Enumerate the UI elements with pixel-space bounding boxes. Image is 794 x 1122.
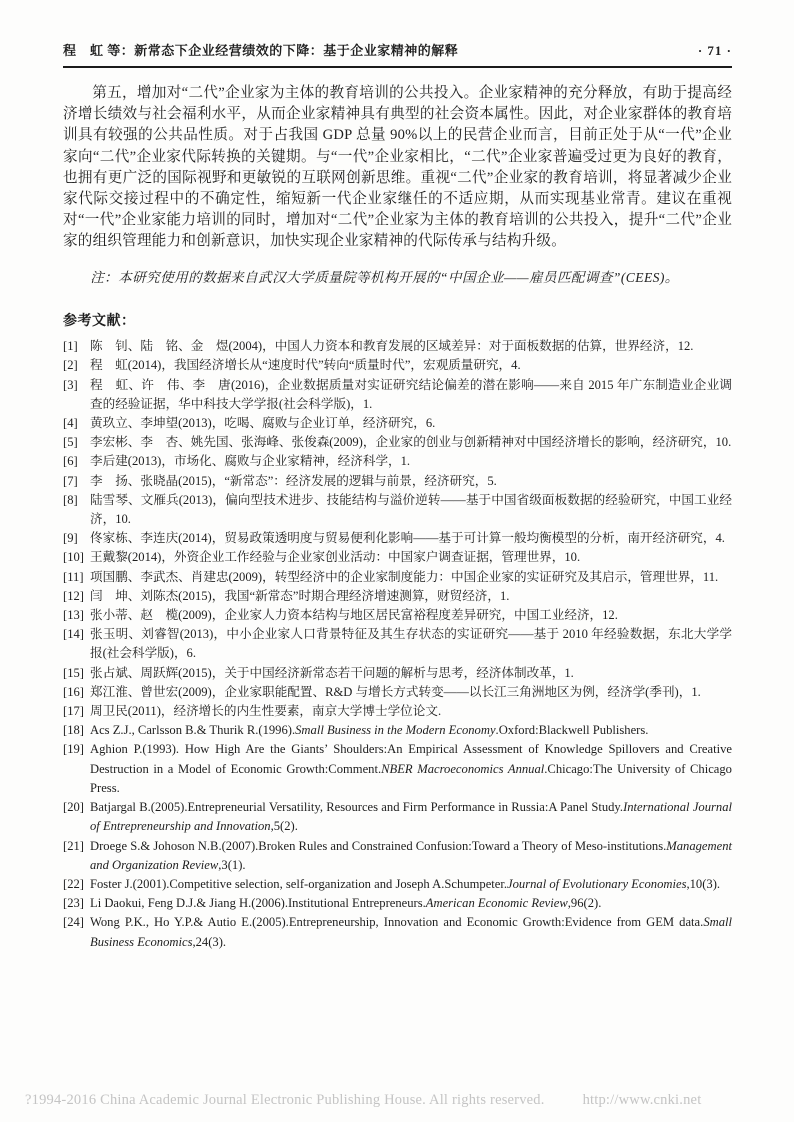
copyright-text: ?1994-2016 China Academic Journal Electr… [25, 1092, 545, 1109]
reference-item: [21]Droege S.& Johoson N.B.(2007).Broken… [63, 837, 732, 875]
reference-number: [23] [63, 894, 90, 913]
reference-text: Droege S.& Johoson N.B.(2007).Broken Rul… [90, 837, 732, 875]
reference-item: [15]张占斌、周跃辉(2015)，关于中国经济新常态若干问题的解析与思考，经济… [63, 664, 732, 683]
reference-text: 陆雪琴、文雁兵(2013)，偏向型技术进步、技能结构与溢价逆转——基于中国省级面… [90, 491, 732, 529]
reference-number: [13] [63, 606, 90, 625]
reference-number: [8] [63, 491, 90, 529]
reference-text: 闫 坤、刘陈杰(2015)，我国“新常态”时期合理经济增速测算，财贸经济，1. [90, 587, 732, 606]
reference-item: [4]黄玖立、李坤望(2013)，吃喝、腐败与企业订单，经济研究，6. [63, 414, 732, 433]
reference-item: [14]张玉明、刘睿智(2013)，中小企业家人口背景特征及其生存状态的实证研究… [63, 625, 732, 663]
reference-item: [7]李 扬、张晓晶(2015)，“新常态”：经济发展的逻辑与前景，经济研究，5… [63, 472, 732, 491]
reference-number: [12] [63, 587, 90, 606]
reference-number: [4] [63, 414, 90, 433]
reference-text: 佟家栋、李连庆(2014)，贸易政策透明度与贸易便利化影响——基于可计算一般均衡… [90, 529, 732, 548]
page-number: · 71 · [698, 43, 732, 59]
reference-item: [23]Li Daokui, Feng D.J.& Jiang H.(2006)… [63, 894, 732, 913]
reference-text: Li Daokui, Feng D.J.& Jiang H.(2006).Ins… [90, 894, 732, 913]
references-heading: 参考文献： [63, 310, 732, 330]
cnki-url: http://www.cnki.net [583, 1092, 702, 1109]
reference-item: [13]张小蒂、赵 榄(2009)，企业家人力资本结构与地区居民富裕程度差异研究… [63, 606, 732, 625]
page-footer: ?1994-2016 China Academic Journal Electr… [25, 1092, 769, 1109]
reference-number: [2] [63, 356, 90, 375]
reference-text: 张小蒂、赵 榄(2009)，企业家人力资本结构与地区居民富裕程度差异研究，中国工… [90, 606, 732, 625]
reference-text: 程 虹、许 伟、李 唐(2016)，企业数据质量对实证研究结论偏差的潜在影响——… [90, 376, 732, 414]
reference-number: [10] [63, 548, 90, 567]
reference-text: Aghion P.(1993). How High Are the Giants… [90, 740, 732, 798]
reference-number: [11] [63, 568, 90, 587]
reference-text: 程 虹(2014)，我国经济增长从“速度时代”转向“质量时代”，宏观质量研究，4… [90, 356, 732, 375]
reference-number: [20] [63, 798, 90, 836]
reference-number: [3] [63, 376, 90, 414]
reference-item: [6]李后建(2013)，市场化、腐败与企业家精神，经济科学，1. [63, 452, 732, 471]
reference-item: [2]程 虹(2014)，我国经济增长从“速度时代”转向“质量时代”，宏观质量研… [63, 356, 732, 375]
reference-number: [21] [63, 837, 90, 875]
reference-item: [17]周卫民(2011)，经济增长的内生性要素，南京大学博士学位论文. [63, 702, 732, 721]
reference-text: Foster J.(2001).Competitive selection, s… [90, 875, 732, 894]
reference-number: [1] [63, 337, 90, 356]
reference-text: Acs Z.J., Carlsson B.& Thurik R.(1996).S… [90, 721, 732, 740]
reference-item: [24]Wong P.K., Ho Y.P.& Autio E.(2005).E… [63, 913, 732, 951]
reference-text: Wong P.K., Ho Y.P.& Autio E.(2005).Entre… [90, 913, 732, 951]
reference-text: 陈 钊、陆 铭、金 煜(2004)，中国人力资本和教育发展的区域差异：对于面板数… [90, 337, 732, 356]
reference-item: [19]Aghion P.(1993). How High Are the Gi… [63, 740, 732, 798]
reference-item: [10]王戴黎(2014)，外资企业工作经验与企业家创业活动：中国家户调查证据，… [63, 548, 732, 567]
reference-item: [22]Foster J.(2001).Competitive selectio… [63, 875, 732, 894]
reference-text: 郑江淮、曾世宏(2009)，企业家职能配置、R&D 与增长方式转变——以长江三角… [90, 683, 732, 702]
paper-page: 程 虹 等：新常态下企业经营绩效的下降：基于企业家精神的解释 · 71 · 第五… [0, 0, 794, 1122]
reference-item: [18]Acs Z.J., Carlsson B.& Thurik R.(199… [63, 721, 732, 740]
reference-text: 李后建(2013)，市场化、腐败与企业家精神，经济科学，1. [90, 452, 732, 471]
reference-text: 周卫民(2011)，经济增长的内生性要素，南京大学博士学位论文. [90, 702, 732, 721]
reference-number: [22] [63, 875, 90, 894]
reference-item: [11]项国鹏、李武杰、肖建忠(2009)，转型经济中的企业家制度能力：中国企业… [63, 568, 732, 587]
reference-number: [9] [63, 529, 90, 548]
reference-number: [18] [63, 721, 90, 740]
reference-number: [17] [63, 702, 90, 721]
reference-item: [12]闫 坤、刘陈杰(2015)，我国“新常态”时期合理经济增速测算，财贸经济… [63, 587, 732, 606]
reference-item: [5]李宏彬、李 杏、姚先国、张海峰、张俊森(2009)，企业家的创业与创新精神… [63, 433, 732, 452]
body-paragraph: 第五，增加对“二代”企业家为主体的教育培训的公共投入。企业家精神的充分释放，有助… [63, 83, 732, 253]
reference-list: [1]陈 钊、陆 铭、金 煜(2004)，中国人力资本和教育发展的区域差异：对于… [63, 337, 732, 952]
reference-text: 李宏彬、李 杏、姚先国、张海峰、张俊森(2009)，企业家的创业与创新精神对中国… [90, 433, 732, 452]
data-source-note: 注：本研究使用的数据来自武汉大学质量院等机构开展的“中国企业——雇员匹配调查”(… [63, 267, 732, 288]
reference-item: [9]佟家栋、李连庆(2014)，贸易政策透明度与贸易便利化影响——基于可计算一… [63, 529, 732, 548]
reference-item: [1]陈 钊、陆 铭、金 煜(2004)，中国人力资本和教育发展的区域差异：对于… [63, 337, 732, 356]
reference-text: 张占斌、周跃辉(2015)，关于中国经济新常态若干问题的解析与思考，经济体制改革… [90, 664, 732, 683]
reference-item: [16]郑江淮、曾世宏(2009)，企业家职能配置、R&D 与增长方式转变——以… [63, 683, 732, 702]
reference-item: [3]程 虹、许 伟、李 唐(2016)，企业数据质量对实证研究结论偏差的潜在影… [63, 376, 732, 414]
reference-text: 王戴黎(2014)，外资企业工作经验与企业家创业活动：中国家户调查证据，管理世界… [90, 548, 732, 567]
page-header: 程 虹 等：新常态下企业经营绩效的下降：基于企业家精神的解释 · 71 · [63, 40, 732, 68]
reference-item: [8]陆雪琴、文雁兵(2013)，偏向型技术进步、技能结构与溢价逆转——基于中国… [63, 491, 732, 529]
reference-number: [5] [63, 433, 90, 452]
reference-number: [15] [63, 664, 90, 683]
reference-text: 黄玖立、李坤望(2013)，吃喝、腐败与企业订单，经济研究，6. [90, 414, 732, 433]
page-content: 程 虹 等：新常态下企业经营绩效的下降：基于企业家精神的解释 · 71 · 第五… [63, 40, 732, 952]
reference-number: [6] [63, 452, 90, 471]
reference-text: 张玉明、刘睿智(2013)，中小企业家人口背景特征及其生存状态的实证研究——基于… [90, 625, 732, 663]
reference-number: [19] [63, 740, 90, 798]
reference-item: [20]Batjargal B.(2005).Entrepreneurial V… [63, 798, 732, 836]
reference-number: [7] [63, 472, 90, 491]
reference-number: [16] [63, 683, 90, 702]
reference-text: 项国鹏、李武杰、肖建忠(2009)，转型经济中的企业家制度能力：中国企业家的实证… [90, 568, 732, 587]
reference-text: Batjargal B.(2005).Entrepreneurial Versa… [90, 798, 732, 836]
reference-number: [14] [63, 625, 90, 663]
running-title: 程 虹 等：新常态下企业经营绩效的下降：基于企业家精神的解释 [63, 40, 458, 59]
reference-text: 李 扬、张晓晶(2015)，“新常态”：经济发展的逻辑与前景，经济研究，5. [90, 472, 732, 491]
reference-number: [24] [63, 913, 90, 951]
